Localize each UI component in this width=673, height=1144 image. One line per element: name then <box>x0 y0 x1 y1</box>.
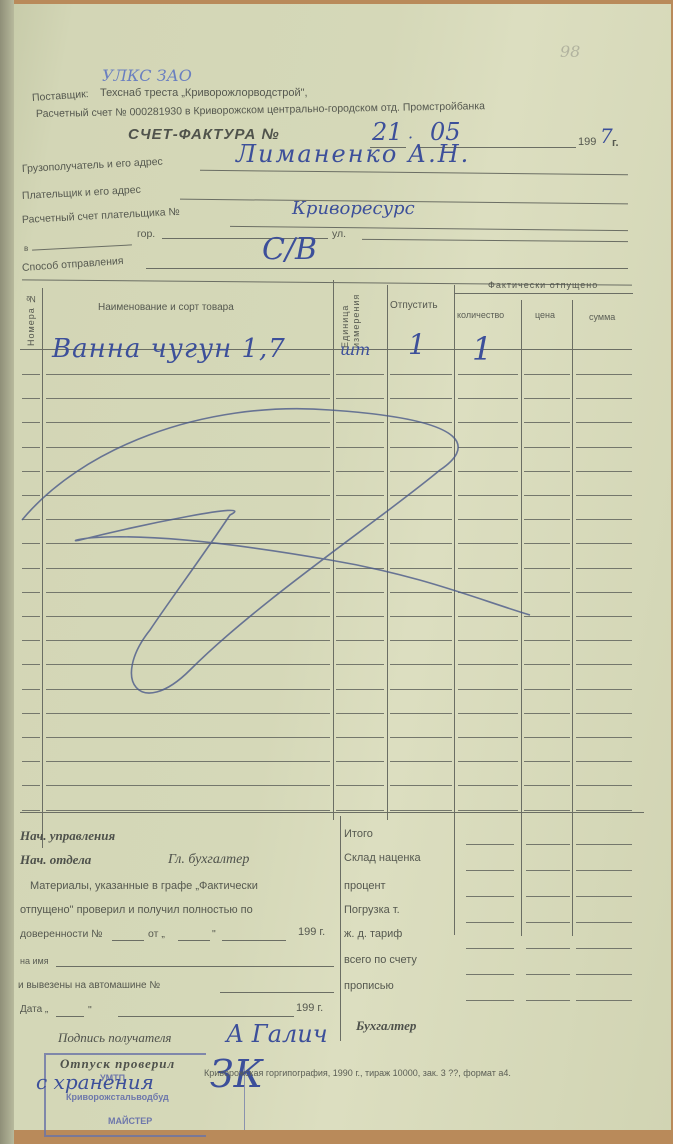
row-rule <box>22 640 40 641</box>
row-rule <box>390 592 452 593</box>
row-rule <box>22 592 40 593</box>
proxy-number-field[interactable] <box>112 940 144 941</box>
totals-rule <box>526 922 570 923</box>
row-rule <box>46 785 330 786</box>
header-number: Номера № <box>26 290 36 346</box>
row-rule <box>336 713 384 714</box>
totals-rule <box>526 844 570 845</box>
row-rule <box>524 592 570 593</box>
row-rule <box>336 664 384 665</box>
row-rule <box>390 471 452 472</box>
percent-label: процент <box>344 880 386 892</box>
printing-info: Криворожская горгипография, 1990 г., тир… <box>204 1068 511 1078</box>
row-rule <box>576 785 632 786</box>
totals-rule <box>526 948 570 949</box>
row-rule <box>458 471 518 472</box>
row-rule <box>336 568 384 569</box>
header-unit: Единица измерения <box>340 280 370 348</box>
row-rule <box>576 568 632 569</box>
row-rule <box>46 810 330 811</box>
row-rule <box>524 785 570 786</box>
row-rule <box>390 810 452 811</box>
row-rule <box>576 616 632 617</box>
totals-rule <box>526 974 570 975</box>
row-rule <box>22 568 40 569</box>
row-rule <box>22 374 40 375</box>
row-rule <box>22 810 40 811</box>
head-management-label: Нач. управления <box>20 828 115 844</box>
proxy-label: доверенности № <box>20 928 103 940</box>
row-rule <box>524 664 570 665</box>
row-rule <box>524 713 570 714</box>
totals-rule <box>466 844 514 845</box>
row-rule <box>46 761 330 762</box>
row-rule <box>576 713 632 714</box>
header-price: цена <box>535 310 555 320</box>
consignee-value[interactable]: Лиманенко А.Н. <box>236 140 470 168</box>
row-rule <box>524 519 570 520</box>
row-rule <box>46 689 330 690</box>
totals-rule <box>576 974 632 975</box>
row-rule <box>22 664 40 665</box>
city-prefix: в <box>24 244 28 253</box>
row-rule <box>22 398 40 399</box>
row-rule <box>22 785 40 786</box>
totals-rule <box>466 1000 514 1001</box>
row-rule <box>390 640 452 641</box>
row-rule <box>524 374 570 375</box>
totals-rule <box>466 896 514 897</box>
row-rule <box>390 664 452 665</box>
totals-rule <box>526 1000 570 1001</box>
row-rule <box>458 664 518 665</box>
row-rule <box>336 447 384 448</box>
row-rule <box>524 616 570 617</box>
row-rule <box>22 616 40 617</box>
totals-rule <box>576 844 632 845</box>
grand-total-label: всего по счету <box>344 954 417 966</box>
proxy-month-field[interactable] <box>222 940 286 941</box>
totals-rule <box>466 870 514 871</box>
row-rule <box>46 398 330 399</box>
year-unit: г. <box>612 137 619 149</box>
exported-label: и вывезены на автомашине № <box>18 980 160 991</box>
row-rule <box>336 495 384 496</box>
row-rule <box>390 568 452 569</box>
row-rule <box>46 495 330 496</box>
row-rule <box>46 713 330 714</box>
row-rule <box>576 471 632 472</box>
recipient-signature[interactable]: А Галич <box>226 1020 328 1048</box>
year-prefix: 199 <box>578 136 596 148</box>
row-rule <box>336 519 384 520</box>
row-rule <box>22 422 40 423</box>
row-rule <box>576 422 632 423</box>
row-rule <box>22 447 40 448</box>
row-rule <box>458 761 518 762</box>
stamp-line-3: МАЙСТЕР <box>108 1116 152 1126</box>
row-rule <box>336 543 384 544</box>
row-rule <box>390 422 452 423</box>
loading-label: Погрузка т. <box>344 904 400 916</box>
row-rule <box>458 640 518 641</box>
row-rule <box>46 664 330 665</box>
item-name[interactable]: Ванна чугун 1,7 <box>52 334 286 364</box>
row-rule <box>576 640 632 641</box>
row-rule <box>576 737 632 738</box>
header-quantity: количество <box>457 310 504 320</box>
row-rule <box>576 374 632 375</box>
row-rule <box>576 761 632 762</box>
totals-rule <box>576 870 632 871</box>
rail-tariff-label: ж. д. тариф <box>344 928 402 940</box>
row-rule <box>458 422 518 423</box>
payer-account-value[interactable]: Криворесурс <box>292 198 415 219</box>
row-rule <box>390 374 452 375</box>
row-rule <box>22 519 40 520</box>
storage-handwritten[interactable]: с хранения <box>36 1070 154 1094</box>
item-quantity[interactable]: 1 <box>472 330 492 368</box>
header-name: Наименование и сорт товара <box>98 302 234 313</box>
supplier-value: Техснаб треста „Криворожлорводстрой", <box>100 87 308 99</box>
binding-edge <box>0 0 14 1144</box>
row-rule <box>336 374 384 375</box>
proxy-year: 199 г. <box>298 926 325 938</box>
chief-accountant-label: Гл. бухгалтер <box>168 852 249 868</box>
head-department-label: Нач. отдела <box>20 852 91 868</box>
row-rule <box>22 689 40 690</box>
row-rule <box>22 471 40 472</box>
row-rule <box>458 374 518 375</box>
accountant-label: Бухгалтер <box>356 1018 416 1034</box>
row-rule <box>458 592 518 593</box>
row-rule <box>336 785 384 786</box>
row-rule <box>576 689 632 690</box>
row-rule <box>524 447 570 448</box>
row-rule <box>336 737 384 738</box>
row-rule <box>390 616 452 617</box>
handwritten-supplier-note: УЛКС ЗАО <box>102 66 192 85</box>
row-rule <box>524 810 570 811</box>
row-rule <box>46 422 330 423</box>
row-rule <box>390 689 452 690</box>
row-rule <box>576 495 632 496</box>
row-rule <box>458 543 518 544</box>
table-bottom-border <box>20 812 644 813</box>
totals-rule <box>576 1000 632 1001</box>
row-rule <box>390 737 452 738</box>
row-rule <box>458 689 518 690</box>
city-label: гор. <box>137 228 155 240</box>
row-rule <box>458 495 518 496</box>
row-rule <box>46 592 330 593</box>
vehicle-number-field[interactable] <box>220 992 334 993</box>
row-rule <box>336 398 384 399</box>
row-rule <box>458 737 518 738</box>
name-field[interactable] <box>56 966 334 967</box>
date-month-field[interactable] <box>118 1016 294 1017</box>
street-label: ул. <box>332 228 346 240</box>
row-rule <box>576 398 632 399</box>
row-rule <box>458 616 518 617</box>
row-rule <box>390 543 452 544</box>
totals-rule <box>576 948 632 949</box>
row-rule <box>46 447 330 448</box>
row-rule <box>46 640 330 641</box>
proxy-day-field[interactable] <box>178 940 210 941</box>
totals-rule <box>576 922 632 923</box>
proxy-from: от „ <box>148 928 165 940</box>
row-rule <box>46 616 330 617</box>
warehouse-markup-label: Склад наценка <box>344 852 421 864</box>
row-rule <box>458 785 518 786</box>
row-rule <box>524 568 570 569</box>
proxy-quote: " <box>212 928 216 940</box>
date-label: Дата „ <box>20 1004 48 1015</box>
header-sum: сумма <box>589 312 615 322</box>
materials-text-1: Материалы, указанные в графе „Фактически <box>30 880 258 892</box>
row-rule <box>576 543 632 544</box>
row-rule <box>46 374 330 375</box>
row-rule <box>390 398 452 399</box>
row-rule <box>524 761 570 762</box>
row-rule <box>336 761 384 762</box>
totals-rule <box>466 948 514 949</box>
row-rule <box>524 422 570 423</box>
totals-rule <box>466 922 514 923</box>
year-suffix[interactable]: 7 <box>600 124 613 148</box>
row-rule <box>46 519 330 520</box>
row-rule <box>576 664 632 665</box>
row-rule <box>390 447 452 448</box>
row-rule <box>458 810 518 811</box>
row-rule <box>524 471 570 472</box>
row-rule <box>390 761 452 762</box>
row-rule <box>524 689 570 690</box>
totals-rule <box>576 896 632 897</box>
row-rule <box>458 398 518 399</box>
row-rule <box>336 592 384 593</box>
row-rule <box>22 543 40 544</box>
row-rule <box>22 713 40 714</box>
name-label: на имя <box>20 956 49 966</box>
row-rule <box>336 689 384 690</box>
date-day-field[interactable] <box>56 1016 84 1017</box>
row-rule <box>524 543 570 544</box>
row-rule <box>576 447 632 448</box>
row-rule <box>390 495 452 496</box>
row-rule <box>336 616 384 617</box>
recipient-signature-label: Подпись получателя <box>58 1030 171 1046</box>
row-rule <box>524 640 570 641</box>
row-rule <box>46 543 330 544</box>
materials-text-2: отпущено" проверил и получил полностью п… <box>20 904 253 916</box>
date-year: 199 г. <box>296 1002 323 1014</box>
row-rule <box>390 713 452 714</box>
row-rule <box>336 640 384 641</box>
row-rule <box>458 447 518 448</box>
row-rule <box>390 519 452 520</box>
header-actual-group: Фактически отпущено <box>488 280 598 290</box>
shipping-value[interactable]: С/В <box>262 232 317 267</box>
row-rule <box>576 519 632 520</box>
row-rule <box>524 737 570 738</box>
totals-rule <box>466 974 514 975</box>
row-rule <box>336 810 384 811</box>
item-release[interactable]: 1 <box>408 328 426 361</box>
totals-rule <box>526 870 570 871</box>
item-unit[interactable]: шт <box>340 340 370 359</box>
row-rule <box>390 785 452 786</box>
in-words-label: прописью <box>344 980 394 992</box>
row-rule <box>46 737 330 738</box>
row-rule <box>22 761 40 762</box>
totals-rule <box>526 896 570 897</box>
row-rule <box>22 495 40 496</box>
page-number-pencil: 98 <box>560 42 580 61</box>
row-rule <box>46 568 330 569</box>
row-rule <box>458 713 518 714</box>
header-release: Отпустить <box>390 300 438 311</box>
row-rule <box>22 737 40 738</box>
row-rule <box>336 422 384 423</box>
date-quote: " <box>88 1004 92 1016</box>
row-rule <box>46 471 330 472</box>
total-label: Итого <box>344 828 373 840</box>
row-rule <box>458 568 518 569</box>
row-rule <box>576 810 632 811</box>
row-rule <box>524 495 570 496</box>
row-rule <box>524 398 570 399</box>
row-rule <box>336 471 384 472</box>
row-rule <box>458 519 518 520</box>
row-rule <box>576 592 632 593</box>
